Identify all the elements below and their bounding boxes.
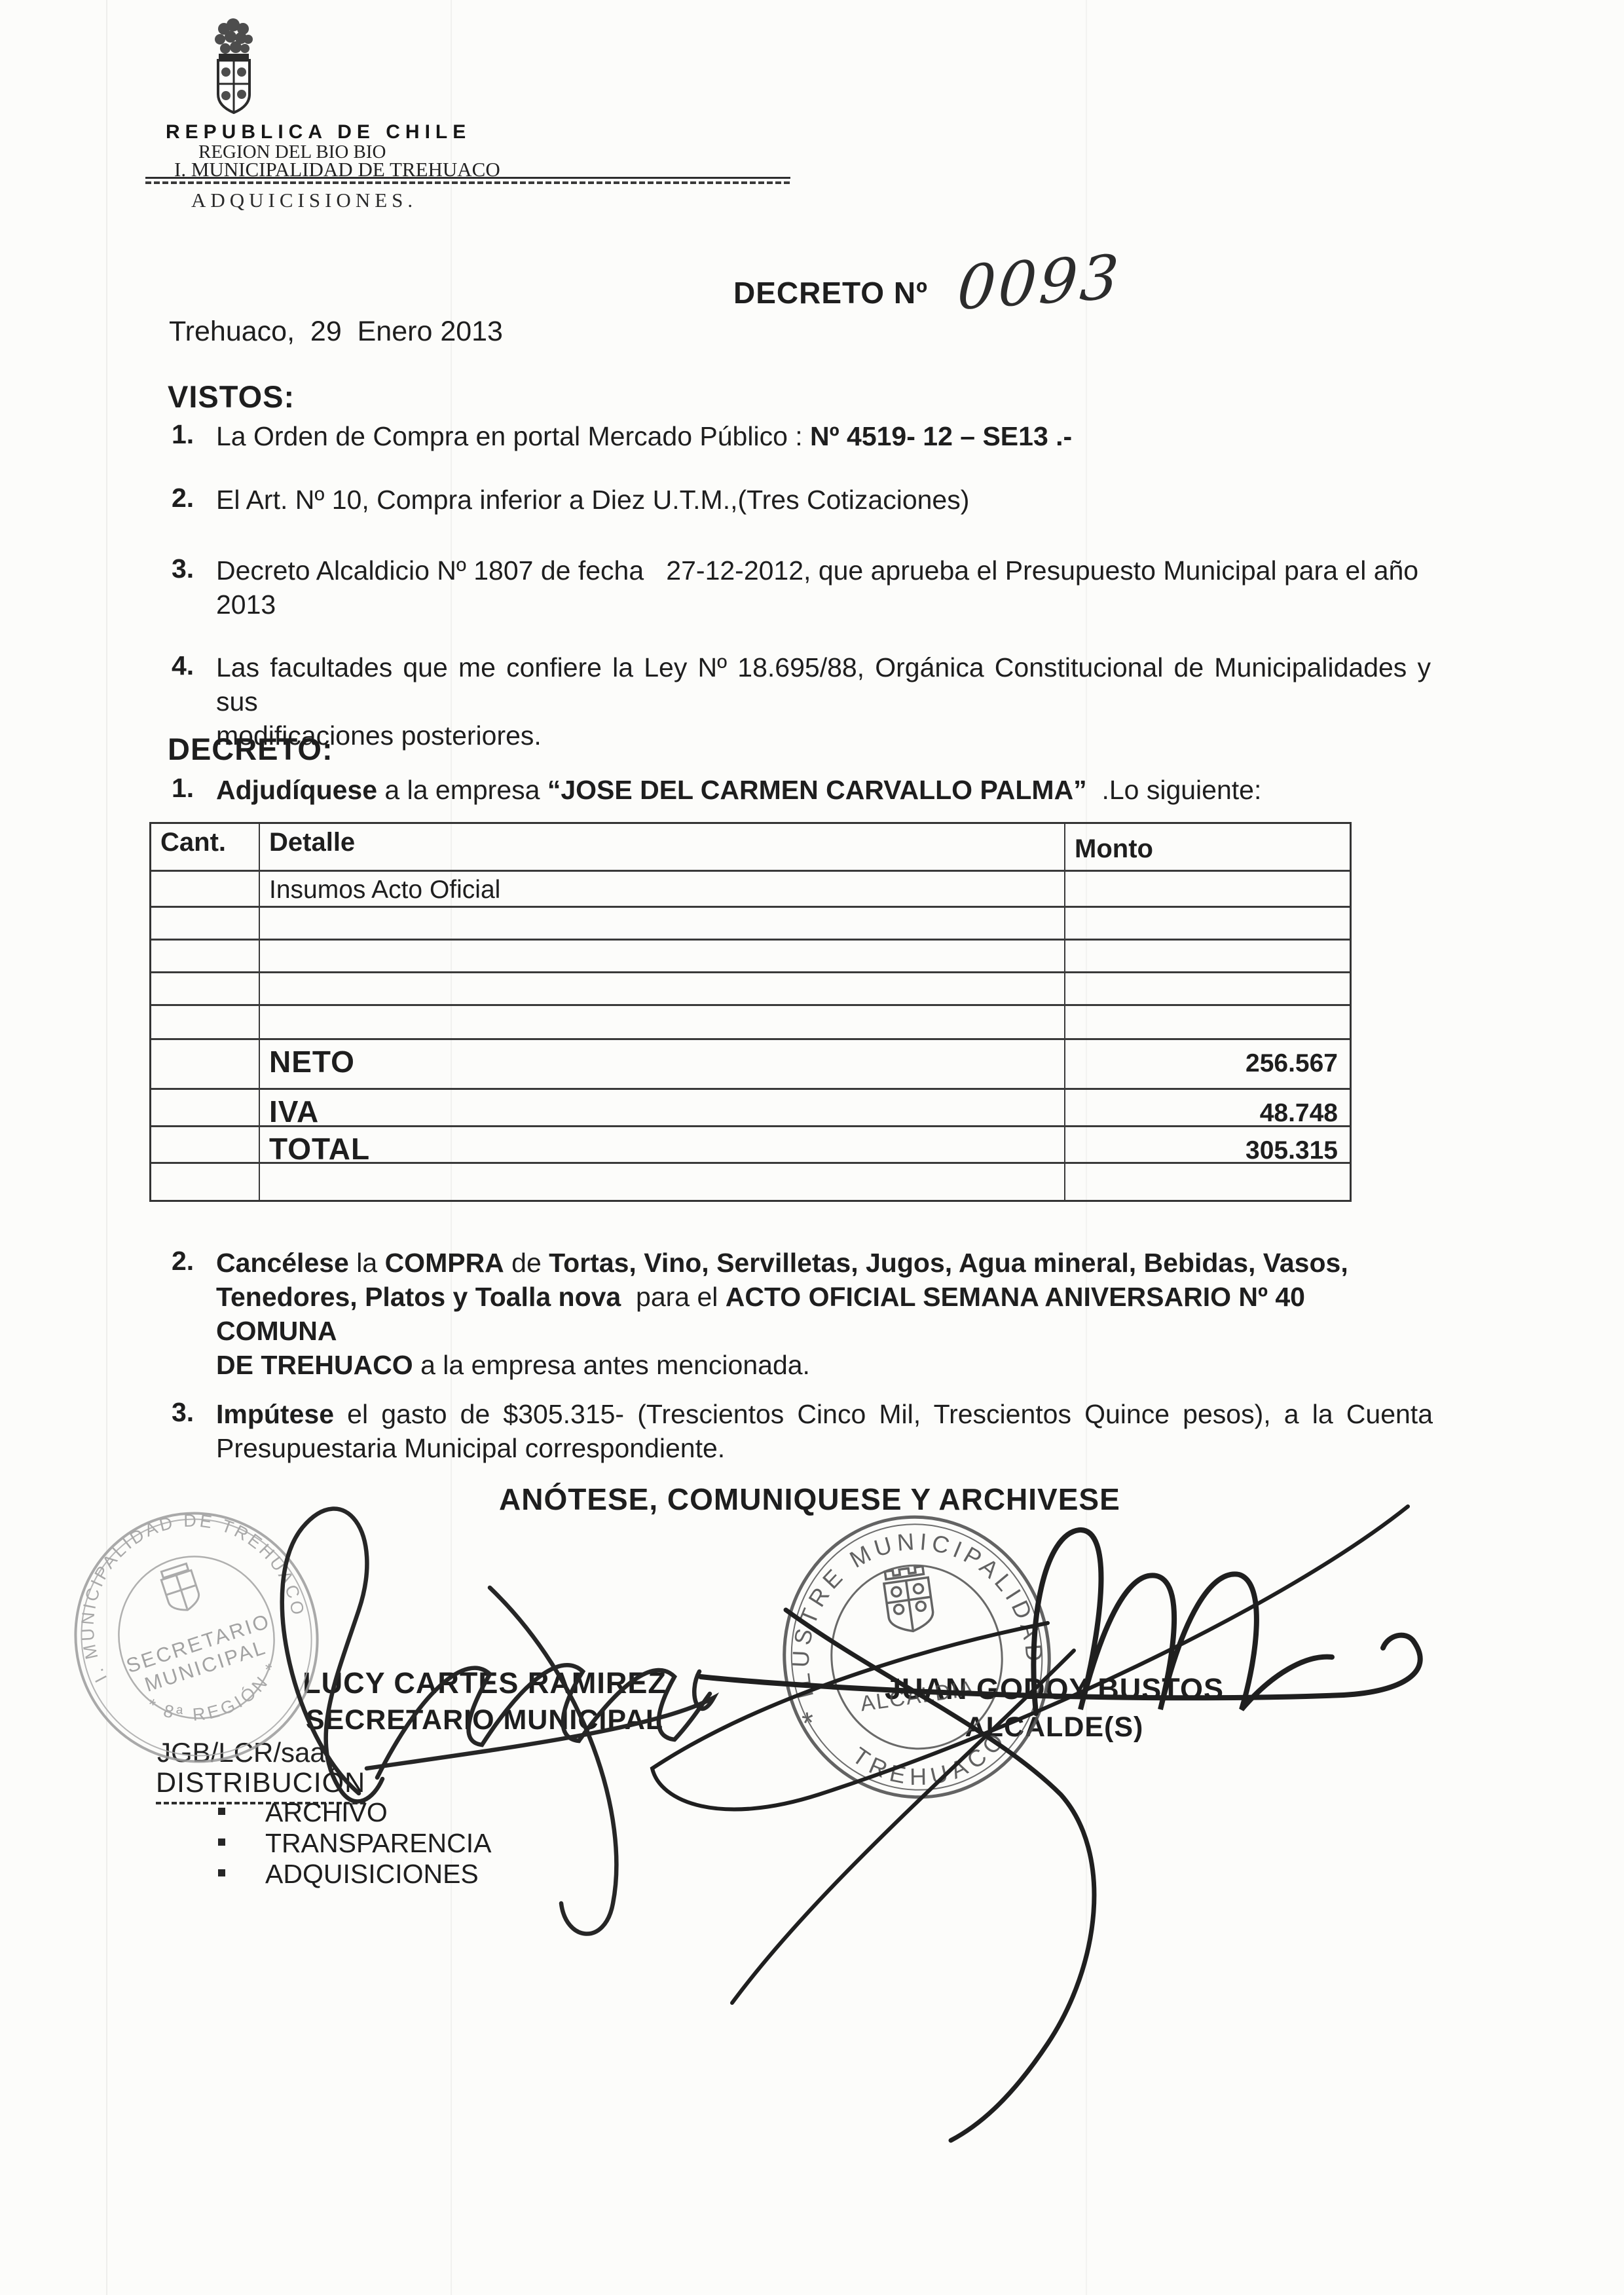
mayor-signature bbox=[652, 1506, 1420, 2140]
distribution-item-archivo: ARCHIVO bbox=[265, 1797, 388, 1828]
right-stamp-star: * bbox=[800, 1705, 817, 1740]
mayor-title: ALCALDE(S) bbox=[881, 1711, 1228, 1744]
vistos-heading: VISTOS: bbox=[168, 379, 295, 415]
table-neto-value: 256.567 bbox=[1064, 1038, 1350, 1088]
signature-block-left: LUCY CARTES RAMIREZ SECRETARIO MUNICIPAL bbox=[232, 1666, 737, 1736]
vistos-item-3-line2: 2013 bbox=[216, 588, 1431, 622]
decreto-item-number: 3. bbox=[172, 1397, 194, 1428]
decreto-item-1-tail: .Lo siguiente: bbox=[1087, 775, 1262, 805]
letterhead-country: REPUBLICA DE CHILE bbox=[166, 121, 471, 143]
vistos-item-4: Las facultades que me confiere la Ley Nº… bbox=[216, 650, 1431, 753]
t: la bbox=[349, 1248, 385, 1278]
adjudiquese-word: Adjudíquese bbox=[216, 775, 377, 805]
t: a la empresa antes mencionada. bbox=[413, 1350, 810, 1380]
vistos-item-number: 4. bbox=[172, 650, 194, 681]
closing-formula: ANÓTESE, COMUNIQUESE Y ARCHIVESE bbox=[499, 1482, 1120, 1517]
items-list: Tortas, Vino, Servilletas, Jugos, Agua m… bbox=[549, 1248, 1348, 1278]
decree-number-handwritten: 0093 bbox=[955, 242, 1124, 324]
table-header-monto: Monto bbox=[1064, 824, 1350, 870]
scanned-decree-page: REPUBLICA DE CHILE REGION DEL BIO BIO I.… bbox=[0, 0, 1624, 2295]
table-cell bbox=[259, 971, 1064, 1004]
bullet-icon bbox=[218, 1808, 225, 1815]
coat-of-arms-icon bbox=[207, 17, 259, 115]
vistos-item-number: 3. bbox=[172, 553, 194, 584]
letterhead-department: ADQUICISIONES. bbox=[191, 189, 417, 212]
compra-word: COMPRA bbox=[385, 1248, 504, 1278]
items-list-2: Tenedores, Platos y Toalla nova bbox=[216, 1282, 621, 1312]
table-total-value: 305.315 bbox=[1064, 1125, 1350, 1162]
table-cell bbox=[151, 939, 259, 971]
table-cell bbox=[1064, 870, 1350, 906]
decreto-item-number: 1. bbox=[172, 773, 194, 804]
table-iva-value: 48.748 bbox=[1064, 1088, 1350, 1125]
mayor-stamp: ILUSTRE MUNICIPALIDAD ALCALDIA * TREHUAC… bbox=[766, 1500, 1067, 1814]
vistos-item-3-line1: Decreto Alcaldicio Nº 1807 de fecha 27-1… bbox=[216, 553, 1431, 588]
table-cell bbox=[151, 1125, 259, 1162]
table-neto-label: NETO bbox=[259, 1038, 1064, 1088]
secretary-name: LUCY CARTES RAMIREZ bbox=[232, 1666, 737, 1700]
company-name: “JOSE DEL CARMEN CARVALLO PALMA” bbox=[547, 775, 1087, 805]
svg-text:I. MUNICIPALIDAD DE TREHUACO: I. MUNICIPALIDAD DE TREHUACO bbox=[47, 1480, 310, 1687]
item-2-line1: Cancélese la COMPRA de Tortas, Vino, Ser… bbox=[216, 1246, 1433, 1280]
table-cell bbox=[151, 971, 259, 1004]
table-cell bbox=[259, 1004, 1064, 1038]
mayor-name: JUAN GODOY BUSTOS bbox=[881, 1672, 1228, 1706]
decree-number-label: DECRETO Nº bbox=[733, 275, 928, 310]
signature-block-right: JUAN GODOY BUSTOS ALCALDE(S) bbox=[881, 1672, 1228, 1744]
vistos-item-1-text: La Orden de Compra en portal Mercado Púb… bbox=[216, 421, 810, 451]
t: el gasto de $305.315- (Trescientos Cinco… bbox=[334, 1399, 1433, 1429]
table-cell-detalle: Insumos Acto Oficial bbox=[259, 870, 1064, 906]
item-2-line2: Tenedores, Platos y Toalla nova para el … bbox=[216, 1280, 1433, 1348]
decreto-item-2: Cancélese la COMPRA de Tortas, Vino, Ser… bbox=[216, 1246, 1433, 1382]
table-header-detalle: Detalle bbox=[259, 824, 1064, 870]
table-cell bbox=[151, 1038, 259, 1088]
vistos-item-4-line1: Las facultades que me confiere la Ley Nº… bbox=[216, 650, 1431, 718]
responsibility-initials: JGB/LCR/saa bbox=[157, 1737, 325, 1768]
table-cell bbox=[1064, 1004, 1350, 1038]
item-2-line3: DE TREHUACO a la empresa antes mencionad… bbox=[216, 1348, 1433, 1382]
vistos-item-2: El Art. Nº 10, Compra inferior a Diez U.… bbox=[216, 483, 1431, 517]
table-cell bbox=[151, 1004, 259, 1038]
table-cell bbox=[259, 1162, 1064, 1200]
table-cell bbox=[259, 939, 1064, 971]
distribution-item-adquisiciones: ADQUISICIONES bbox=[265, 1859, 479, 1890]
vistos-item-1: La Orden de Compra en portal Mercado Púb… bbox=[216, 419, 1431, 453]
table-cell bbox=[1064, 971, 1350, 1004]
table-cell bbox=[151, 1162, 259, 1200]
vistos-item-1-ref: Nº 4519- 12 – SE13 .- bbox=[810, 421, 1072, 451]
decreto-item-number: 2. bbox=[172, 1246, 194, 1277]
purchase-table: Cant. Detalle Monto Insumos Acto Oficial… bbox=[149, 822, 1352, 1202]
cancelese-word: Cancélese bbox=[216, 1248, 349, 1278]
vistos-item-3: Decreto Alcaldicio Nº 1807 de fecha 27-1… bbox=[216, 553, 1431, 622]
item-3-line2: Presupuestaria Municipal correspondiente… bbox=[216, 1431, 1433, 1465]
decreto-item-3: Impútese el gasto de $305.315- (Trescien… bbox=[216, 1397, 1433, 1465]
bullet-icon bbox=[218, 1838, 225, 1846]
table-cell bbox=[1064, 1162, 1350, 1200]
vistos-item-number: 2. bbox=[172, 483, 194, 513]
bullet-icon bbox=[218, 1869, 225, 1876]
letterhead-rule-solid bbox=[145, 177, 790, 179]
comuna-name: DE TREHUACO bbox=[216, 1350, 413, 1380]
left-stamp-ring-text: I. MUNICIPALIDAD DE TREHUACO bbox=[47, 1480, 310, 1687]
table-iva-label: IVA bbox=[259, 1088, 1064, 1125]
decreto-heading: DECRETO: bbox=[168, 731, 333, 767]
table-cell bbox=[151, 1088, 259, 1125]
table-cell bbox=[259, 906, 1064, 939]
decreto-item-1: Adjudíquese a la empresa “JOSE DEL CARME… bbox=[216, 773, 1431, 807]
table-cell bbox=[151, 906, 259, 939]
t: de bbox=[504, 1248, 549, 1278]
decreto-item-1-text: a la empresa bbox=[377, 775, 547, 805]
secretary-title: SECRETARIO MUNICIPAL bbox=[232, 1704, 737, 1736]
table-cell bbox=[1064, 906, 1350, 939]
vistos-item-number: 1. bbox=[172, 419, 194, 450]
scan-crease bbox=[106, 0, 107, 2295]
vistos-item-4-line2: modificaciones posteriores. bbox=[216, 718, 1431, 753]
imputese-word: Impútese bbox=[216, 1399, 334, 1429]
table-cell bbox=[151, 870, 259, 906]
item-3-line1: Impútese el gasto de $305.315- (Trescien… bbox=[216, 1397, 1433, 1431]
letterhead-rule-dashed bbox=[145, 181, 790, 184]
t: para el bbox=[621, 1282, 726, 1312]
table-total-label: TOTAL bbox=[259, 1125, 1064, 1162]
place-date-line: Trehuaco, 29 Enero 2013 bbox=[169, 316, 503, 348]
table-cell bbox=[1064, 939, 1350, 971]
distribution-item-transparencia: TRANSPARENCIA bbox=[265, 1828, 492, 1859]
table-header-cant: Cant. bbox=[151, 824, 259, 870]
